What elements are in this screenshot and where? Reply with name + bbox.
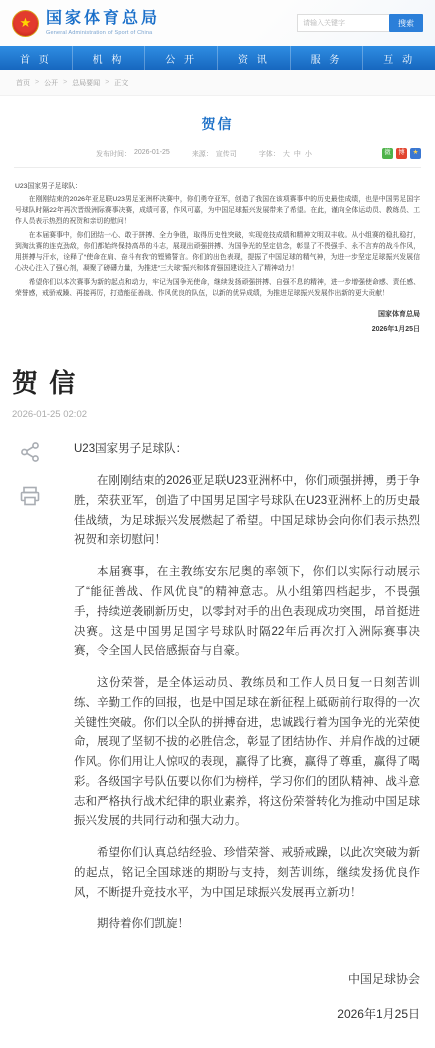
reader-paragraph: 本届赛事，在主教练安东尼奥的率领下，你们以实际行动展示了“能征善战、作风优良”的…: [74, 563, 420, 662]
font-size-option[interactable]: 小: [305, 149, 312, 159]
reader-timestamp: 2026-01-25 02:02: [12, 409, 420, 420]
breadcrumb-separator: >: [35, 79, 39, 86]
letter-salutation: U23国家男子足球队：: [15, 181, 420, 192]
breadcrumb-item[interactable]: 公开: [44, 78, 58, 88]
article-meta: 发布时间：2026-01-25 来源：宣传司 字体： 大中小 微博★: [14, 148, 421, 168]
reader-paragraph: 期待着你们凯旋！: [74, 915, 420, 935]
share-button[interactable]: [18, 440, 42, 464]
nav-item[interactable]: 互 动: [362, 46, 435, 70]
letter-signature: 国家体育总局 2026年1月25日: [15, 308, 420, 337]
reader-tools: [12, 440, 74, 1024]
breadcrumb-item[interactable]: 总局要闻: [72, 78, 100, 88]
reader-salutation: U23国家男子足球队：: [74, 440, 420, 460]
reader-paragraph: 希望你们认真总结经验、珍惜荣誉、戒骄戒躁，以此次突破为新的起点，铭记全国球迷的期…: [74, 844, 420, 903]
print-button[interactable]: [18, 484, 42, 508]
reader-paragraph: 在刚刚结束的2026亚足联U23亚洲杯中，你们顽强拼搏，勇于争胜，荣获亚军，创造…: [74, 472, 420, 551]
nav-item[interactable]: 服 务: [290, 46, 363, 70]
nav-item[interactable]: 机 构: [72, 46, 145, 70]
search-input[interactable]: [297, 14, 389, 32]
nav-item[interactable]: 公 开: [144, 46, 217, 70]
reader-signature: 中国足球协会 2026年1月25日: [74, 969, 420, 1024]
letter-signer: 国家体育总局: [15, 308, 420, 323]
reader-paragraph: 这份荣誉，是全体运动员、教练员和工作人员日复一日刻苦训练、辛勤工作的回报，也是中…: [74, 674, 420, 832]
letter-paragraph: 在刚刚结束的2026年亚足联U23男足亚洲杯决赛中，你们勇夺亚军，创造了我国在该…: [15, 194, 420, 227]
font-size-option[interactable]: 大: [283, 149, 290, 159]
article-title: 贺信: [0, 114, 435, 134]
site-header: 国家体育总局 General Administration of Sport o…: [0, 0, 435, 46]
breadcrumb: 首页>公开>总局要闻>正文: [0, 70, 435, 96]
qzone-star-share-icon[interactable]: ★: [410, 148, 421, 159]
national-emblem-icon: [12, 10, 39, 37]
search-button[interactable]: 搜索: [389, 14, 423, 32]
publish-date: 发布时间：2026-01-25: [96, 149, 170, 159]
site-logo[interactable]: 国家体育总局 General Administration of Sport o…: [12, 10, 160, 37]
letter-paragraph: 希望你们以本次赛事为新的起点和动力，牢记为国争光使命，继续发扬顽强拼搏、自强不息…: [15, 277, 420, 299]
site-name-english: General Administration of Sport of China: [46, 30, 160, 36]
weibo-share-icon[interactable]: 博: [396, 148, 407, 159]
reader-view: 贺 信 2026-01-25 02:02: [0, 363, 435, 1048]
letter-original: U23国家男子足球队： 在刚刚结束的2026年亚足联U23男足亚洲杯决赛中，你们…: [0, 168, 435, 337]
breadcrumb-item[interactable]: 首页: [16, 78, 30, 88]
font-size-control: 字体： 大中小: [259, 149, 312, 159]
breadcrumb-separator: >: [105, 79, 109, 86]
font-size-option[interactable]: 中: [294, 149, 301, 159]
letter-paragraph: 在本届赛事中，你们团结一心、敢于拼搏、全力争胜，取得历史性突破，实现竞技成绩和精…: [15, 230, 420, 274]
nav-item[interactable]: 首 页: [0, 46, 72, 70]
share-icons: 微博★: [382, 148, 421, 159]
site-search: 搜索: [297, 14, 423, 32]
breadcrumb-separator: >: [63, 79, 67, 86]
article-source: 来源：宣传司: [192, 149, 237, 159]
reader-signer: 中国足球协会: [74, 969, 420, 990]
reader-date: 2026年1月25日: [74, 1004, 420, 1025]
reader-title: 贺 信: [12, 363, 420, 400]
reader-letter: U23国家男子足球队： 在刚刚结束的2026亚足联U23亚洲杯中，你们顽强拼搏，…: [74, 440, 420, 1024]
nav-item[interactable]: 资 讯: [217, 46, 290, 70]
wechat-share-icon[interactable]: 微: [382, 148, 393, 159]
breadcrumb-item[interactable]: 正文: [114, 78, 128, 88]
site-name: 国家体育总局: [46, 10, 160, 28]
letter-date: 2026年1月25日: [15, 323, 420, 338]
main-nav: 首 页机 构公 开资 讯服 务互 动: [0, 46, 435, 70]
